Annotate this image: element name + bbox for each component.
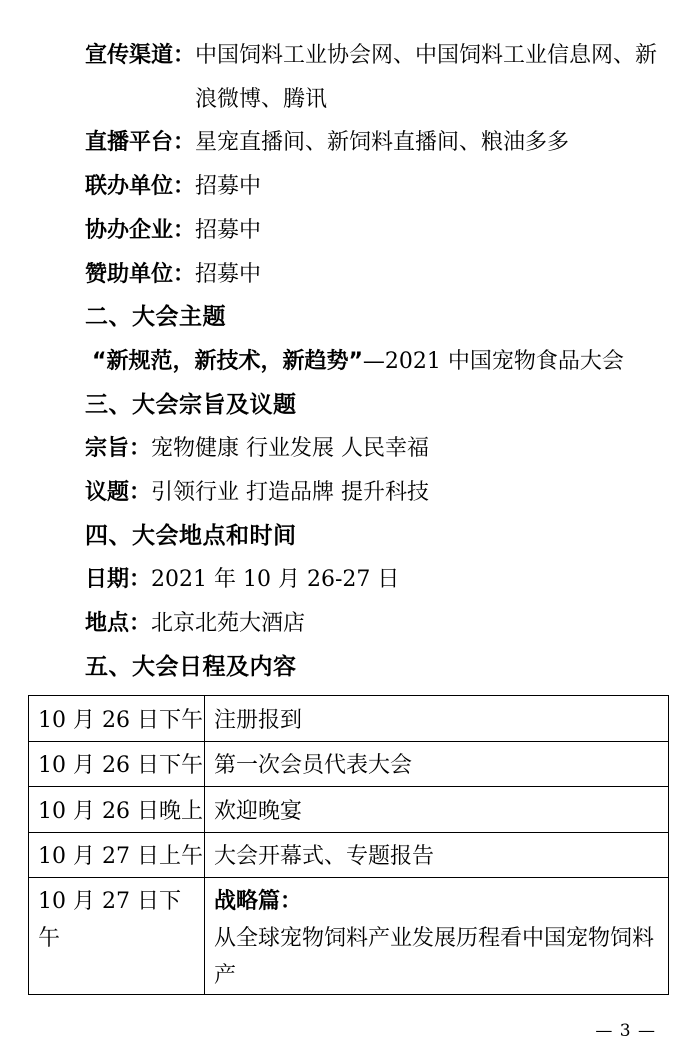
schedule-time-cell: 10 月 26 日下午 <box>29 696 205 742</box>
conference-theme-line: “新规范，新技术，新趋势”—2021 中国宠物食品大会 <box>85 340 674 384</box>
info-row-live-platforms: 直播平台： 星宠直播间、新饲料直播间、粮油多多 <box>85 121 674 165</box>
info-label: 联办单位： <box>85 165 195 209</box>
info-value: 招募中 <box>195 253 674 297</box>
info-label: 协办企业： <box>85 209 195 253</box>
schedule-table: 10 月 26 日下午 注册报到 10 月 26 日下午 第一次会员代表大会 1… <box>28 695 669 995</box>
info-value: 宠物健康 行业发展 人民幸福 <box>151 427 674 471</box>
info-row-purpose: 宗旨： 宠物健康 行业发展 人民幸福 <box>85 427 674 471</box>
info-value: 招募中 <box>195 209 674 253</box>
schedule-time-cell: 10 月 26 日晚上 <box>29 787 205 833</box>
section-heading-theme: 二、大会主题 <box>85 296 674 340</box>
schedule-content-cell: 注册报到 <box>205 696 669 742</box>
info-label: 宣传渠道： <box>85 34 195 78</box>
schedule-content-cell: 战略篇： 从全球宠物饲料产业发展历程看中国宠物饲料产 <box>205 878 669 995</box>
schedule-content-cell: 大会开幕式、专题报告 <box>205 832 669 878</box>
info-label: 直播平台： <box>85 121 195 165</box>
schedule-time-cell: 10 月 27 日下午 <box>29 878 205 995</box>
info-label: 日期： <box>85 558 151 602</box>
section-heading-venue: 四、大会地点和时间 <box>85 515 674 559</box>
document-body: 宣传渠道： 中国饲料工业协会网、中国饲料工业信息网、新浪微博、腾讯 直播平台： … <box>85 34 674 690</box>
document-page: 宣传渠道： 中国饲料工业协会网、中国饲料工业信息网、新浪微博、腾讯 直播平台： … <box>0 0 700 1056</box>
info-value: 引领行业 打造品牌 提升科技 <box>151 471 674 515</box>
table-row: 10 月 26 日下午 注册报到 <box>29 696 669 742</box>
info-value: 2021 年 10 月 26-27 日 <box>151 558 674 602</box>
info-value: 招募中 <box>195 165 674 209</box>
info-row-co-organizers: 联办单位： 招募中 <box>85 165 674 209</box>
info-row-location: 地点： 北京北苑大酒店 <box>85 602 674 646</box>
info-value: 北京北苑大酒店 <box>151 602 674 646</box>
table-row: 10 月 27 日下午 战略篇： 从全球宠物饲料产业发展历程看中国宠物饲料产 <box>29 878 669 995</box>
info-value: 中国饲料工业协会网、中国饲料工业信息网、新浪微博、腾讯 <box>195 34 674 121</box>
schedule-content-title: 战略篇： <box>214 883 660 920</box>
table-row: 10 月 27 日上午 大会开幕式、专题报告 <box>29 832 669 878</box>
info-label: 议题： <box>85 471 151 515</box>
schedule-time-cell: 10 月 26 日下午 <box>29 741 205 787</box>
theme-quote-text: “新规范，新技术，新趋势” <box>92 349 363 374</box>
section-heading-purpose: 三、大会宗旨及议题 <box>85 384 674 428</box>
schedule-content-cell: 欢迎晚宴 <box>205 787 669 833</box>
info-row-publicity-channels: 宣传渠道： 中国饲料工业协会网、中国饲料工业信息网、新浪微博、腾讯 <box>85 34 674 121</box>
info-label: 宗旨： <box>85 427 151 471</box>
table-row: 10 月 26 日下午 第一次会员代表大会 <box>29 741 669 787</box>
info-value: 星宠直播间、新饲料直播间、粮油多多 <box>195 121 674 165</box>
schedule-content-cell: 第一次会员代表大会 <box>205 741 669 787</box>
info-row-sponsors: 赞助单位： 招募中 <box>85 253 674 297</box>
schedule-content-body: 从全球宠物饲料产业发展历程看中国宠物饲料产 <box>214 920 660 994</box>
section-heading-schedule: 五、大会日程及内容 <box>85 646 674 690</box>
info-label: 地点： <box>85 602 151 646</box>
info-label: 赞助单位： <box>85 253 195 297</box>
table-row: 10 月 26 日晚上 欢迎晚宴 <box>29 787 669 833</box>
theme-rest-text: —2021 中国宠物食品大会 <box>363 349 624 374</box>
info-row-supporting-companies: 协办企业： 招募中 <box>85 209 674 253</box>
page-number: — 3 — <box>595 1019 656 1043</box>
info-row-topics: 议题： 引领行业 打造品牌 提升科技 <box>85 471 674 515</box>
info-row-date: 日期： 2021 年 10 月 26-27 日 <box>85 558 674 602</box>
schedule-time-cell: 10 月 27 日上午 <box>29 832 205 878</box>
